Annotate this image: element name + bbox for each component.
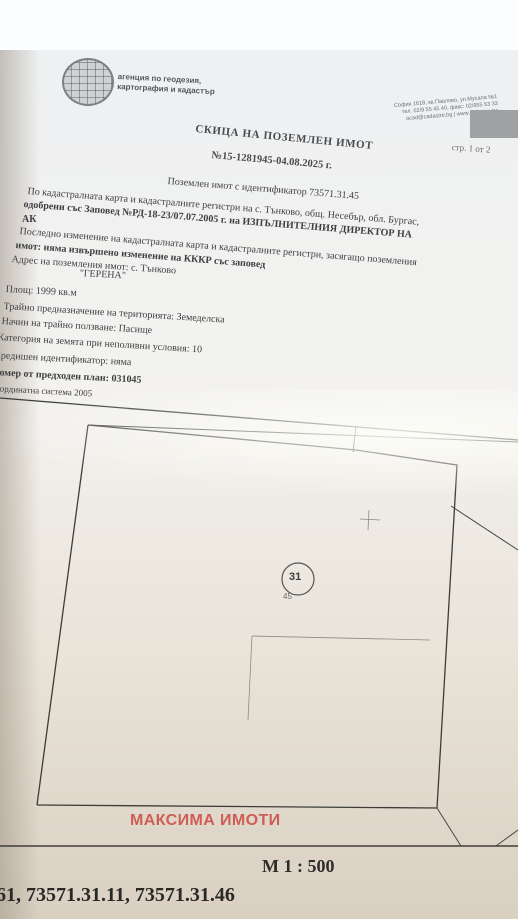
agency-watermark: МАКСИМА ИМОТИ <box>130 812 281 830</box>
parcel-plan <box>0 0 518 919</box>
neighbor-parcels: 61, 73571.31.11, 73571.31.46 <box>0 884 235 907</box>
parcel-number-label: 31 <box>289 571 301 583</box>
parcel-sub-label: 45 <box>283 592 292 601</box>
plan-scale: М 1 : 500 <box>262 856 334 877</box>
